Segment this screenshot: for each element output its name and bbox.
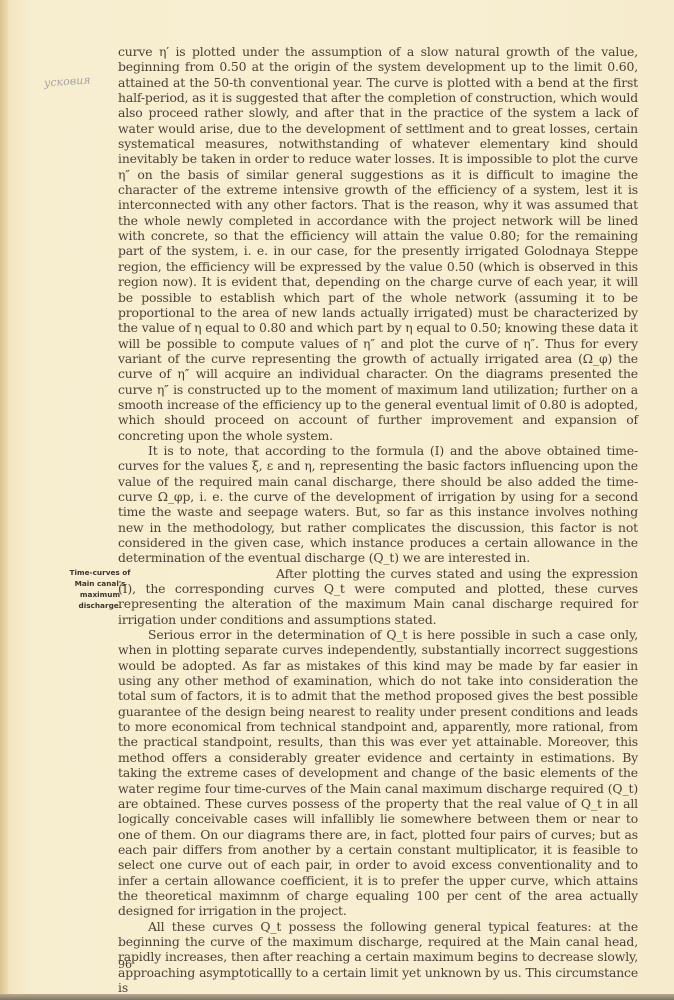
section-sidenote: Time-curves of Main canal's maximum disc… <box>60 567 140 611</box>
book-spine-shadow <box>0 0 8 1000</box>
body-text: curve η′ is plotted under the assumption… <box>118 44 638 995</box>
page-bottom-edge <box>0 994 674 1000</box>
sidenote-line-1: Time-curves of Main canal's <box>70 568 131 588</box>
paragraph-time-curves-text: After plotting the curves stated and usi… <box>118 566 638 627</box>
paragraph-time-curves: Time-curves of Main canal's maximum disc… <box>118 566 638 627</box>
paragraph-typical-features: All these curves Q_t possess the followi… <box>118 919 638 996</box>
paragraph-serious-error: Serious error in the determination of Q_… <box>118 627 638 919</box>
page-number: 96 <box>118 958 132 971</box>
document-page: усковия curve η′ is plotted under the as… <box>0 0 674 1000</box>
handwritten-margin-note: усковия <box>44 73 91 89</box>
sidenote-line-2: maximum discharge. <box>78 590 121 610</box>
paragraph-formula-note: It is to note, that according to the for… <box>118 443 638 566</box>
paragraph-efficiency-curves: curve η′ is plotted under the assumption… <box>118 44 638 443</box>
